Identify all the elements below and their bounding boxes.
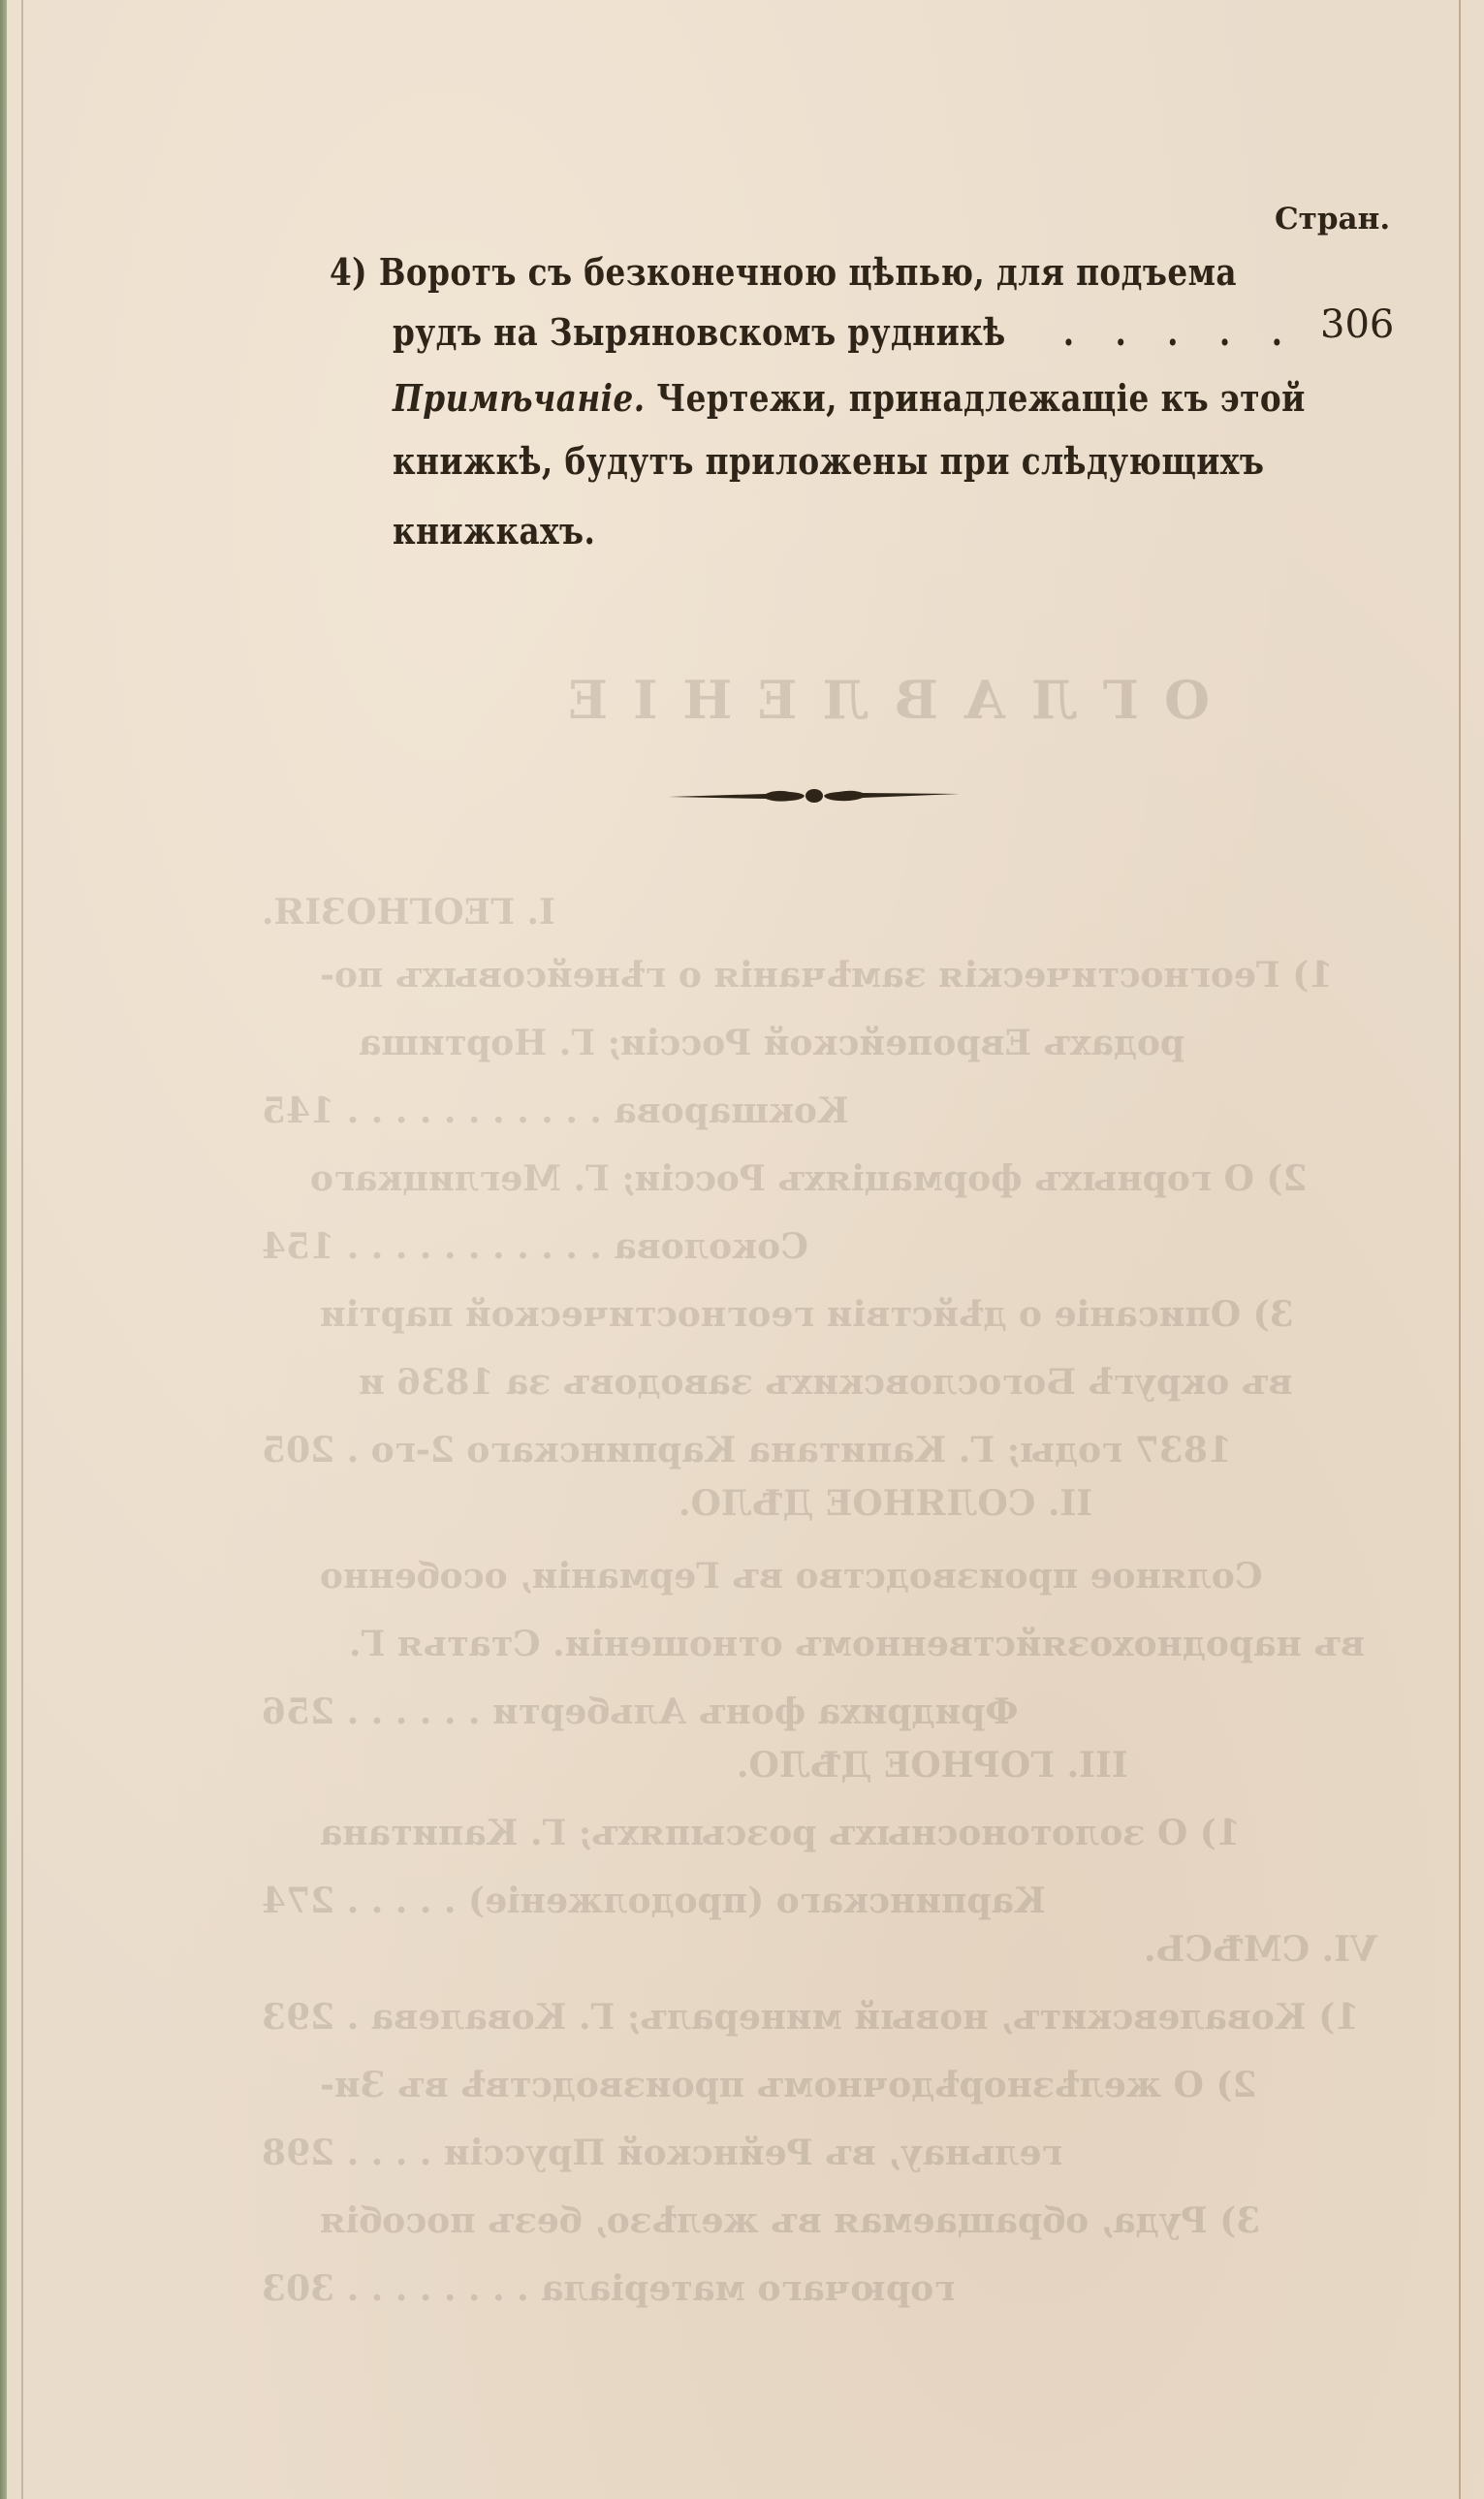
- page-fold-right: [1459, 0, 1461, 2499]
- ornament-separator-icon: [669, 783, 960, 807]
- note-text: Чертежи, принадлежащіе къ этой: [646, 376, 1306, 420]
- bleed-line: Кокшарова . . . . . . . . . . . 145: [262, 1091, 849, 1131]
- note-line-1: Примѣчаніе. Чертежи, принадлежащіе къ эт…: [393, 376, 1306, 420]
- bleed-line: родахъ Европейской Россіи; Г. Нортиша: [359, 1023, 1184, 1063]
- bleed-line: I. ГЕОГНОЗІЯ.: [262, 892, 555, 933]
- bleed-line: Фридриха фонъ Альберти . . . . . . 256: [262, 1692, 1019, 1732]
- bleed-line: 1) Ковалевскитъ, новый минералъ; Г. Кова…: [262, 1997, 1359, 2038]
- bleed-line: въ народнохозяйственномъ отношеніи. Стат…: [349, 1624, 1365, 1664]
- bleed-line: горючаго матеріала . . . . . . . . 303: [262, 2268, 955, 2309]
- toc-entry-line-2: рудъ на Зыряновскомъ рудникѣ . . . . .: [393, 310, 1297, 354]
- bleed-line: Соколова . . . . . . . . . . . 154: [262, 1226, 808, 1267]
- page-column-header: Стран.: [1275, 202, 1390, 237]
- entry-title: Воротъ съ безконечною цѣпью, для подъема: [379, 250, 1237, 294]
- dot-leader: . . . . .: [1063, 310, 1298, 354]
- scanned-page: ОГЛАВЛЕНІЕ I. ГЕОГНОЗІЯ. 1) Геогностичес…: [0, 0, 1484, 2499]
- bleed-line: VI. СМѢСЬ.: [1144, 1929, 1377, 1970]
- bleed-line: II. СОЛЯНОЕ ДѢЛО.: [679, 1483, 1092, 1524]
- bleed-line: Карпинскаго (продолженіе) . . . . . 274: [262, 1881, 1046, 1921]
- entry-title-cont: рудъ на Зыряновскомъ рудникѣ: [393, 310, 1006, 354]
- bleed-line: III. ГОРНОЕ ДѢЛО.: [737, 1745, 1128, 1786]
- page-fold-left: [21, 0, 23, 2499]
- bleed-line: 1) Геогностическія замѣчанія о гѣнейсовы…: [320, 955, 1333, 996]
- bleed-line: въ округѣ Богословскихъ заводовъ за 1836…: [359, 1362, 1292, 1403]
- note-line-3: книжкахъ.: [393, 509, 595, 553]
- entry-page-number: 306: [1320, 302, 1394, 347]
- binding-edge: [0, 0, 7, 2499]
- bleed-line: гельнау, въ Рейнской Пруссіи . . . . 298: [262, 2133, 1062, 2173]
- note-line-2: книжкѣ, будутъ приложены при слѣдующихъ: [393, 439, 1264, 483]
- bleed-line: 2) О желѣзнорѣдочномъ производствѣ въ Зи…: [320, 2065, 1257, 2105]
- bleed-line: 1) О золотоносныхъ розсыпяхъ; Г. Капитан…: [320, 1813, 1241, 1853]
- bleed-line: 2) О горныхъ формаціяхъ Россіи; Г. Мегли…: [310, 1158, 1307, 1199]
- entry-number: 4): [330, 250, 367, 294]
- bleed-title: ОГЛАВЛЕНІЕ: [543, 669, 1210, 731]
- bleed-line: 3) Руда, обращаемая въ желѣзо, безъ посо…: [320, 2200, 1260, 2241]
- note-label: Примѣчаніе.: [393, 376, 646, 420]
- bleed-line: 1837 годы; Г. Капитана Карпинскаго 2-го …: [262, 1430, 1232, 1471]
- toc-entry-line-1: 4) Воротъ съ безконечною цѣпью, для подъ…: [330, 250, 1237, 294]
- bleed-line: Соляное производство въ Германіи, особен…: [320, 1556, 1263, 1597]
- bleed-line: 3) Описаніе о дѣйствіи геогностической п…: [320, 1294, 1294, 1335]
